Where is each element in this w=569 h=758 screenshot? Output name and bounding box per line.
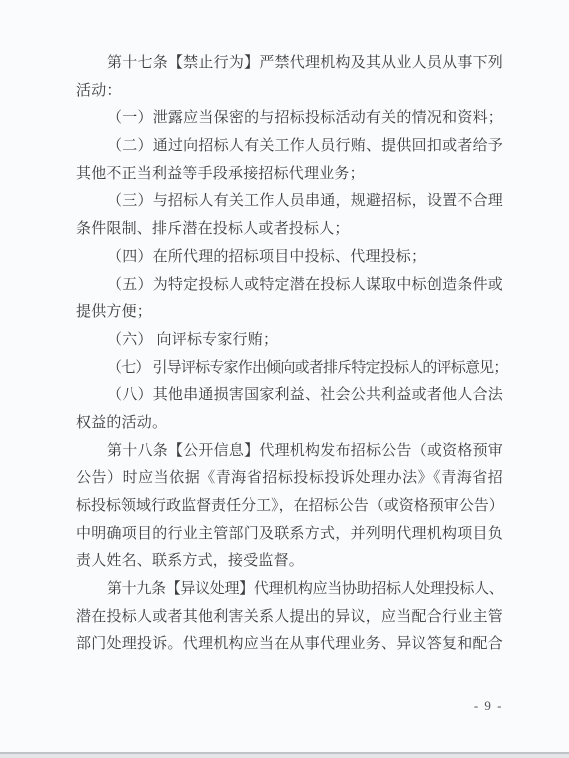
text-line: 标投标领域行政监督责任分工》，在招标公告（或资格预审公告） — [76, 493, 503, 521]
text-line: 提供方便； — [76, 299, 503, 327]
text-line: 其他不正当利益等手段承接招标代理业务； — [76, 161, 503, 189]
text-line: 部门处理投诉。代理机构应当在从事代理业务、异议答复和配合 — [76, 631, 503, 659]
text-line: 权益的活动。 — [76, 410, 503, 438]
document-body: 第十七条【禁止行为】严禁代理机构及其从业人员从事下列 活动： （一）泄露应当保密… — [76, 50, 503, 659]
text-line: （五）为特定投标人或特定潜在投标人谋取中标创造条件或 — [76, 272, 503, 300]
text-line: （六） 向评标专家行贿； — [76, 327, 503, 355]
text-line: 第十七条【禁止行为】严禁代理机构及其从业人员从事下列 — [76, 50, 503, 78]
page-bottom-edge — [0, 752, 569, 758]
text-line: （一）泄露应当保密的与招标投标活动有关的情况和资料； — [76, 105, 503, 133]
page-number: - 9 - — [474, 696, 503, 716]
text-line: 公告）时应当依据《青海省招标投标投诉处理办法》《青海省招 — [76, 465, 503, 493]
text-line: （七） 引导评标专家作出倾向或者排斥特定投标人的评标意见； — [76, 355, 503, 383]
text-line: 中明确项目的行业主管部门及联系方式，并列明代理机构项目负 — [76, 521, 503, 549]
text-line: 责人姓名、联系方式，接受监督。 — [76, 548, 503, 576]
text-line: 条件限制、排斥潜在投标人或者投标人； — [76, 216, 503, 244]
text-line: 第十九条【异议处理】代理机构应当协助招标人处理投标人、 — [76, 576, 503, 604]
text-line: （八）其他串通损害国家利益、社会公共利益或者他人合法 — [76, 382, 503, 410]
text-line: （三）与招标人有关工作人员串通，规避招标，设置不合理 — [76, 188, 503, 216]
text-line: （四）在所代理的招标项目中投标、代理投标； — [76, 244, 503, 272]
document-page: 第十七条【禁止行为】严禁代理机构及其从业人员从事下列 活动： （一）泄露应当保密… — [0, 0, 569, 758]
text-line: 潜在投标人或者其他利害关系人提出的异议，应当配合行业主管 — [76, 604, 503, 632]
text-line: （二）通过向招标人有关工作人员行贿、提供回扣或者给予 — [76, 133, 503, 161]
text-line: 活动： — [76, 78, 503, 106]
text-line: 第十八条【公开信息】代理机构发布招标公告（或资格预审 — [76, 438, 503, 466]
